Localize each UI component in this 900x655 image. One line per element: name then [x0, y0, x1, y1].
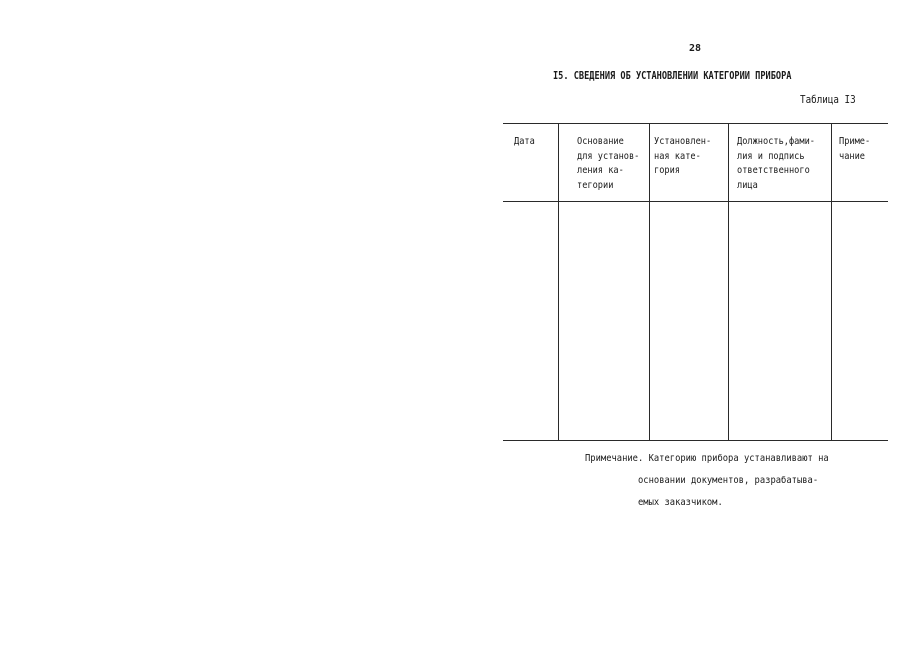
- note-line: емых заказчиком.: [638, 492, 835, 514]
- section-title: I5. СВЕДЕНИЯ ОБ УСТАНОВЛЕНИИ КАТЕГОРИИ П…: [553, 70, 791, 82]
- column-divider: [649, 123, 650, 441]
- column-header-date: Дата: [514, 135, 535, 150]
- column-header-note: Приме- чание: [839, 135, 870, 164]
- column-header-basis: Основание для установ- ления ка- тегории: [577, 135, 639, 193]
- table-note: Примечание. Категорию прибора устанавлив…: [585, 448, 862, 514]
- category-table: Дата Основание для установ- ления ка- те…: [503, 123, 888, 441]
- note-line: основании документов, разрабатыва-: [638, 470, 835, 492]
- column-divider: [728, 123, 729, 441]
- column-divider: [831, 123, 832, 441]
- table-label: Таблица I3: [800, 94, 856, 106]
- page-number: 28: [689, 43, 701, 54]
- column-divider: [558, 123, 559, 441]
- column-header-category: Установлен- ная кате- гория: [654, 135, 711, 179]
- note-line: Примечание. Категорию прибора устанавлив…: [585, 448, 829, 470]
- column-header-responsible: Должность,фами- лия и подпись ответствен…: [737, 135, 815, 193]
